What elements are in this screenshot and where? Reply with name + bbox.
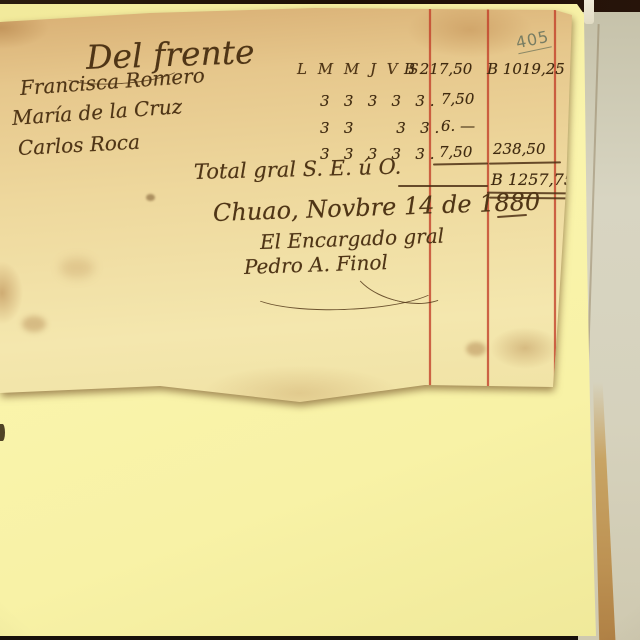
- row-week-total: 238,50: [493, 142, 546, 157]
- worker-name: María de la Cruz: [11, 96, 183, 128]
- signoff-role: El Encargado gral: [260, 226, 445, 252]
- document-photo: 405 Del frente L M M J V S B 217,50 B 10…: [0, 0, 640, 640]
- day-marks: 3 3 3 3 .: [320, 121, 439, 136]
- brought-forward-weekly: B 217,50: [404, 62, 472, 77]
- grand-total: B 1257,75: [491, 172, 574, 188]
- worker-name: Francisca Romero: [19, 65, 205, 98]
- stain: [22, 316, 46, 332]
- ledger-page-wrap: 405 Del frente L M M J V S B 217,50 B 10…: [0, 8, 572, 404]
- row-amount: 7,50: [441, 92, 474, 107]
- day-marks: 3 3 3 3 3 .: [320, 94, 434, 109]
- signature: Pedro A. Finol: [244, 252, 389, 277]
- stain: [466, 342, 486, 356]
- worker-name: Carlos Roca: [17, 132, 140, 158]
- place-date: Chuao, Novbre 14 de 1880: [213, 190, 541, 225]
- stain: [146, 194, 155, 201]
- ink-underline: [489, 161, 561, 164]
- ink-underline: [433, 163, 488, 166]
- left-edge-notch: [0, 424, 5, 441]
- stain: [60, 258, 94, 278]
- row-amount: 7,50: [439, 145, 472, 160]
- ink-filler-line: [398, 185, 488, 187]
- row-amount: 6. —: [441, 119, 475, 134]
- brought-forward-cumulative: B 1019,25: [487, 62, 565, 77]
- ledger-page: 405 Del frente L M M J V S B 217,50 B 10…: [0, 8, 572, 404]
- paper-corner-notch: [584, 0, 594, 24]
- day-columns-header: L M M J V S: [297, 62, 422, 77]
- page-number: 405: [514, 27, 551, 55]
- total-label: Total gral S. E. ú O.: [194, 157, 402, 183]
